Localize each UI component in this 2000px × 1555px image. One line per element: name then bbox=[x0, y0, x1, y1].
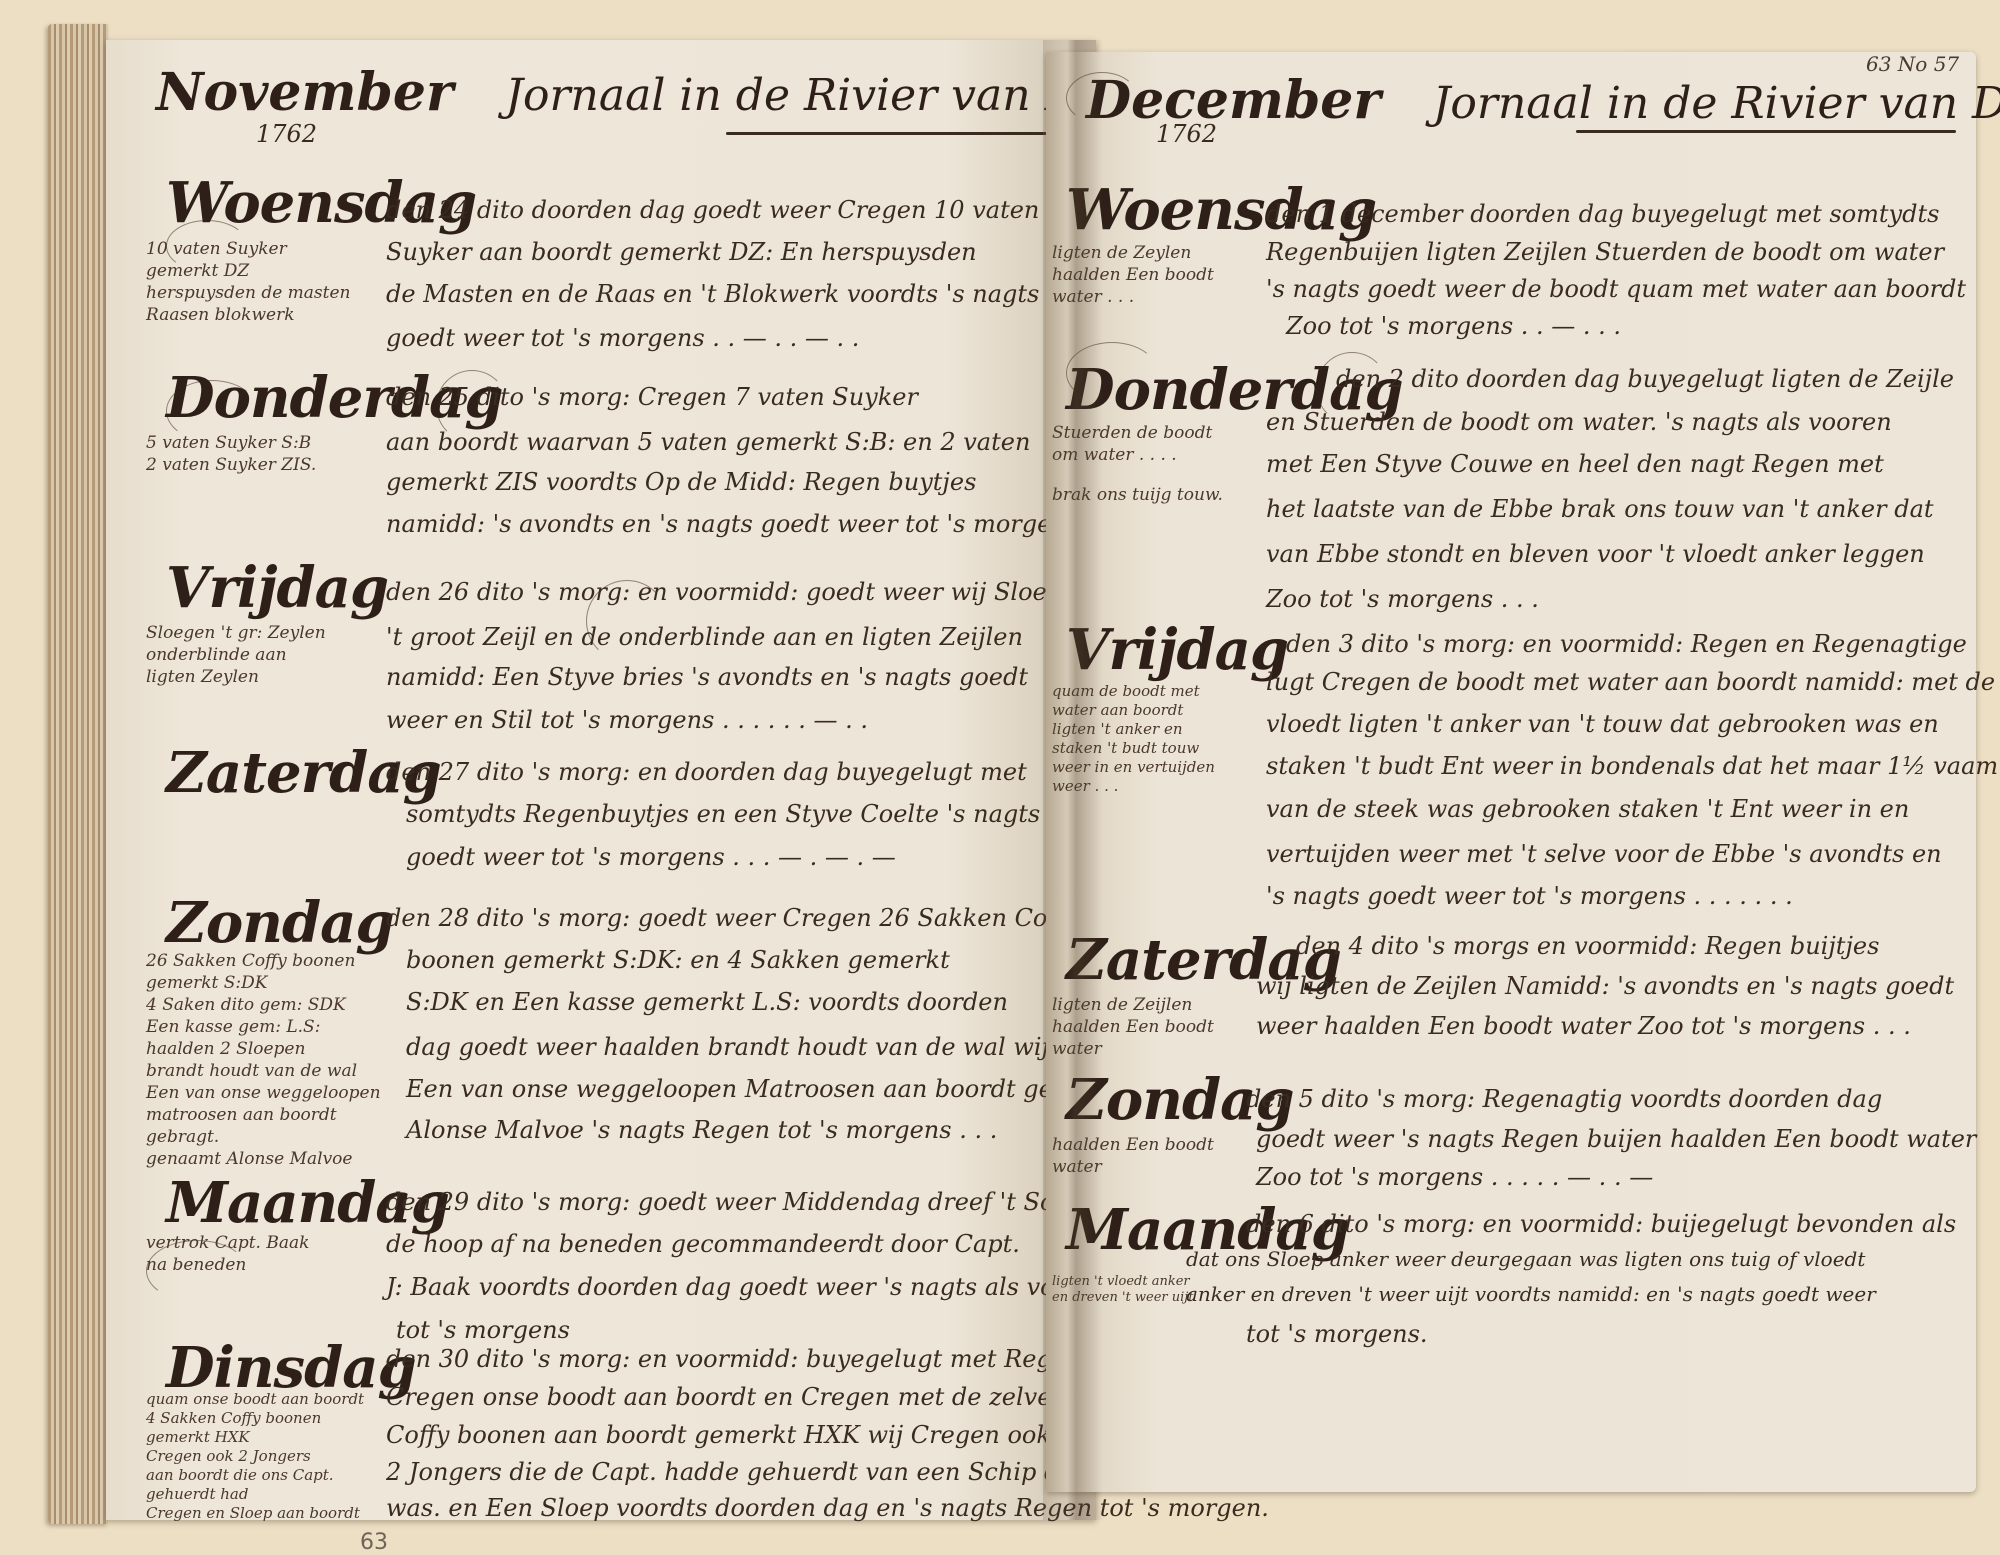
margin-note-line: staken 't budt touw bbox=[1052, 739, 1215, 758]
margin-note-line: haalden Een boodt bbox=[1052, 1016, 1214, 1038]
margin-note-line: haalden 2 Sloepen bbox=[146, 1038, 381, 1060]
margin-note-line: weer . . . bbox=[1052, 777, 1215, 796]
entry-line: den 3 dito 's morg: en voormidd: Regen e… bbox=[1286, 632, 1967, 656]
entry-line: den 28 dito 's morg: goedt weer Cregen 2… bbox=[386, 906, 1078, 930]
margin-note-line: gemerkt DZ bbox=[146, 260, 350, 282]
margin-note-line: brandt houdt van de wal bbox=[146, 1060, 381, 1082]
right-year: 1762 bbox=[1156, 120, 1217, 148]
margin-note-line: Sloegen 't gr: Zeylen bbox=[146, 622, 326, 644]
open-journal-book: November Jornaal in de Rivier van Demera… bbox=[48, 22, 1980, 1532]
entry-line: den 30 dito 's morg: en voormidd: buyege… bbox=[386, 1347, 1125, 1371]
margin-note-line: water aan boordt bbox=[1052, 701, 1215, 720]
entry-line: 't groot Zeijl en de onderblinde aan en … bbox=[386, 625, 1023, 649]
entry-line: weer en Stil tot 's morgens . . . . . . … bbox=[386, 708, 868, 732]
margin-note-line: haalden Een boodt bbox=[1052, 264, 1214, 286]
right-journal-title: Jornaal in de Rivier van Demerary bbox=[1433, 78, 2000, 129]
margin-note-line: ligten 't anker en bbox=[1052, 720, 1215, 739]
entry-line: van de steek was gebrooken staken 't Ent… bbox=[1266, 797, 1909, 821]
entry-line: wij ligten de Zeijlen Namidd: 's avondts… bbox=[1256, 974, 1954, 998]
margin-note-line: quam de boodt met bbox=[1052, 682, 1215, 701]
margin-note-line: water . . . bbox=[1052, 286, 1214, 308]
entry-line: den 5 dito 's morg: Regenagtig voordts d… bbox=[1246, 1087, 1882, 1111]
entry-line: Alonse Malvoe 's nagts Regen tot 's morg… bbox=[406, 1118, 997, 1142]
margin-note-line: ligten de Zeijlen bbox=[1052, 994, 1214, 1016]
margin-note: 10 vaten Suyker gemerkt DZ herspuysden d… bbox=[146, 238, 350, 326]
entry-line: weer haalden Een boodt water Zoo tot 's … bbox=[1256, 1014, 1911, 1038]
margin-note-line: na beneden bbox=[146, 1254, 309, 1276]
margin-note-line: gemerkt S:DK bbox=[146, 972, 381, 994]
margin-note-line: Cregen en Sloep aan boordt bbox=[146, 1504, 364, 1523]
margin-note-line: 2 vaten Suyker ZIS. bbox=[146, 454, 316, 476]
folio-number: 63 No 57 bbox=[1866, 52, 1959, 76]
entry-line: S:DK en Een kasse gemerkt L.S: voordts d… bbox=[406, 990, 1008, 1014]
entry-line: den 6 dito 's morg: en voormidd: buijege… bbox=[1246, 1212, 1956, 1236]
margin-note-line: 5 vaten Suyker S:B bbox=[146, 432, 316, 454]
margin-note-line: Een kasse gem: L.S: bbox=[146, 1016, 381, 1038]
margin-note-line: onderblinde aan bbox=[146, 644, 326, 666]
margin-note-line: ligten 't vloedt anker bbox=[1052, 1274, 1194, 1290]
margin-note: vertrok Capt. Baak na beneden bbox=[146, 1232, 309, 1276]
margin-note-line: 4 Sakken Coffy boonen bbox=[146, 1409, 364, 1428]
entry-line: boonen gemerkt S:DK: en 4 Sakken gemerkt bbox=[406, 948, 950, 972]
entry-line: J: Baak voordts doorden dag goedt weer '… bbox=[386, 1275, 1110, 1299]
margin-note-line: 4 Saken dito gem: SDK bbox=[146, 994, 381, 1016]
margin-note-line: gebragt. bbox=[146, 1126, 381, 1148]
entry-line: den 2 dito doorden dag buyegelugt ligten… bbox=[1336, 367, 1954, 391]
margin-note: quam de boodt met water aan boordt ligte… bbox=[1052, 682, 1215, 796]
margin-note-line: weer in en vertuijden bbox=[1052, 758, 1215, 777]
entry-line: namidd: Een Styve bries 's avondts en 's… bbox=[386, 665, 1028, 689]
margin-note: Stuerden de boodt om water . . . . brak … bbox=[1052, 422, 1223, 506]
entry-line: 's nagts goedt weer tot 's morgens . . .… bbox=[1266, 884, 1793, 908]
page-number: 63 bbox=[360, 1530, 388, 1555]
margin-note-line: Cregen ook 2 Jongers bbox=[146, 1447, 364, 1466]
margin-note: ligten de Zeijlen haalden Een boodt wate… bbox=[1052, 994, 1214, 1060]
margin-note-line: quam onse boodt aan boordt bbox=[146, 1390, 364, 1409]
day-heading-vrijdag: Vrijdag bbox=[166, 560, 388, 616]
title-underline bbox=[1576, 130, 1956, 133]
right-month-title: December bbox=[1086, 70, 1381, 131]
title-underline bbox=[726, 132, 1056, 135]
margin-note-line: water bbox=[1052, 1156, 1214, 1178]
entry-line: Zoo tot 's morgens . . . bbox=[1266, 587, 1539, 611]
margin-note: 5 vaten Suyker S:B 2 vaten Suyker ZIS. bbox=[146, 432, 316, 476]
entry-line: Zoo tot 's morgens . . . . . — . . — bbox=[1256, 1165, 1653, 1189]
entry-line: anker en dreven 't weer uijt voordts nam… bbox=[1186, 1284, 1876, 1304]
entry-line: was. en Een Sloep voordts doorden dag en… bbox=[386, 1496, 1269, 1520]
entry-line: van Ebbe stondt en bleven voor 't vloedt… bbox=[1266, 542, 1925, 566]
left-page-heading: November Jornaal in de Rivier van Demera… bbox=[156, 62, 1066, 123]
margin-note: ligten de Zeylen haalden Een boodt water… bbox=[1052, 242, 1214, 308]
margin-note-line: Raasen blokwerk bbox=[146, 304, 350, 326]
entry-line: namidd: 's avondts en 's nagts goedt wee… bbox=[386, 512, 1079, 536]
margin-note-line: Een van onse weggeloopen bbox=[146, 1082, 381, 1104]
margin-note-line: haalden Een boodt bbox=[1052, 1134, 1214, 1156]
entry-line: den 4 dito 's morgs en voormidd: Regen b… bbox=[1296, 934, 1879, 958]
margin-note-line: Stuerden de boodt bbox=[1052, 422, 1223, 444]
margin-note-line: matroosen aan boordt bbox=[146, 1104, 381, 1126]
entry-line: dat ons Sloep anker weer deurgegaan was … bbox=[1186, 1249, 1865, 1269]
margin-note-line: genaamt Alonse Malvoe bbox=[146, 1148, 381, 1170]
margin-note: haalden Een boodt water bbox=[1052, 1134, 1214, 1178]
entry-line: goedt weer tot 's morgens . . — . . — . … bbox=[386, 326, 859, 350]
entry-line: het laatste van de Ebbe brak ons touw va… bbox=[1266, 497, 1934, 521]
entry-line: den 1 december doorden dag buyegelugt me… bbox=[1266, 202, 1939, 226]
margin-note-line: gehuerdt had bbox=[146, 1485, 364, 1504]
left-year: 1762 bbox=[256, 120, 317, 148]
left-page: November Jornaal in de Rivier van Demera… bbox=[106, 40, 1096, 1520]
entry-line: Suyker aan boordt gemerkt DZ: En herspuy… bbox=[386, 240, 977, 264]
entry-line: somtydts Regenbuytjes en een Styve Coelt… bbox=[406, 802, 1040, 826]
margin-note-line: water bbox=[1052, 1038, 1214, 1060]
entry-line: gemerkt ZIS voordts Op de Midd: Regen bu… bbox=[386, 470, 976, 494]
margin-note: 26 Sakken Coffy boonen gemerkt S:DK 4 Sa… bbox=[146, 950, 381, 1170]
entry-line: Een van onse weggeloopen Matroosen aan b… bbox=[406, 1077, 1145, 1101]
day-heading-vrijdag: Vrijdag bbox=[1066, 622, 1288, 678]
entry-line: vloedt ligten 't anker van 't touw dat g… bbox=[1266, 712, 1939, 736]
day-heading-zondag: Zondag bbox=[166, 895, 394, 951]
left-month-title: November bbox=[156, 62, 453, 123]
entry-line: met Een Styve Couwe en heel den nagt Reg… bbox=[1266, 452, 1884, 476]
margin-note-line: ligten de Zeylen bbox=[1052, 242, 1214, 264]
entry-line: dag goedt weer haalden brandt houdt van … bbox=[406, 1035, 1146, 1059]
entry-line: den 27 dito 's morg: en doorden dag buye… bbox=[386, 760, 1027, 784]
margin-note-line: aan boordt die ons Capt. bbox=[146, 1466, 364, 1485]
margin-note-line: vertrok Capt. Baak bbox=[146, 1232, 309, 1254]
margin-note: quam onse boodt aan boordt 4 Sakken Coff… bbox=[146, 1390, 364, 1523]
entry-line: goedt weer tot 's morgens . . . — . — . … bbox=[406, 845, 896, 869]
entry-line: Regenbuijen ligten Zeijlen Stuerden de b… bbox=[1266, 240, 1944, 264]
margin-note-line: ligten Zeylen bbox=[146, 666, 326, 688]
entry-line: 's nagts goedt weer de boodt quam met wa… bbox=[1266, 277, 1966, 301]
margin-note-line: en dreven 't weer uijt bbox=[1052, 1290, 1194, 1306]
entry-line: goedt weer 's nagts Regen buijen haalden… bbox=[1256, 1127, 1976, 1151]
margin-note-line: 26 Sakken Coffy boonen bbox=[146, 950, 381, 972]
entry-line: den 24 dito doorden dag goedt weer Crege… bbox=[386, 198, 1039, 222]
entry-line: tot 's morgens. bbox=[1246, 1322, 1428, 1346]
margin-note-line: om water . . . . bbox=[1052, 444, 1223, 466]
margin-note: Sloegen 't gr: Zeylen onderblinde aan li… bbox=[146, 622, 326, 688]
margin-note-line: gemerkt HXK bbox=[146, 1428, 364, 1447]
entry-line: de hoop af na beneden gecommandeerdt doo… bbox=[386, 1232, 1020, 1256]
entry-line: de Masten en de Raas en 't Blokwerk voor… bbox=[386, 282, 1039, 306]
entry-line: den 29 dito 's morg: goedt weer Middenda… bbox=[386, 1190, 1092, 1214]
right-page: December Jornaal in de Rivier van Demera… bbox=[1046, 52, 1976, 1492]
entry-line: tot 's morgens bbox=[396, 1318, 570, 1342]
entry-line: vertuijden weer met 't selve voor de Ebb… bbox=[1266, 842, 1942, 866]
entry-line: Zoo tot 's morgens . . — . . . bbox=[1286, 314, 1621, 338]
entry-line: staken 't budt Ent weer in bondenals dat… bbox=[1266, 754, 1998, 778]
margin-note-line: brak ons tuijg touw. bbox=[1052, 484, 1223, 506]
entry-line: en Stuerden de boodt om water. 's nagts … bbox=[1266, 410, 1892, 434]
day-heading-dinsdag: Dinsdag bbox=[166, 1340, 416, 1396]
entry-line: den 26 dito 's morg: en voormidd: goedt … bbox=[386, 580, 1092, 604]
margin-note-line: 10 vaten Suyker bbox=[146, 238, 350, 260]
book-page-edges bbox=[48, 24, 108, 1524]
margin-note-line: herspuysden de masten bbox=[146, 282, 350, 304]
entry-line: den 25 dito 's morg: Cregen 7 vaten Suyk… bbox=[386, 385, 918, 409]
margin-note: ligten 't vloedt anker en dreven 't weer… bbox=[1052, 1274, 1194, 1306]
entry-line: lugt Cregen de boodt met water aan boord… bbox=[1266, 670, 1995, 694]
entry-line: aan boordt waarvan 5 vaten gemerkt S:B: … bbox=[386, 430, 1030, 454]
